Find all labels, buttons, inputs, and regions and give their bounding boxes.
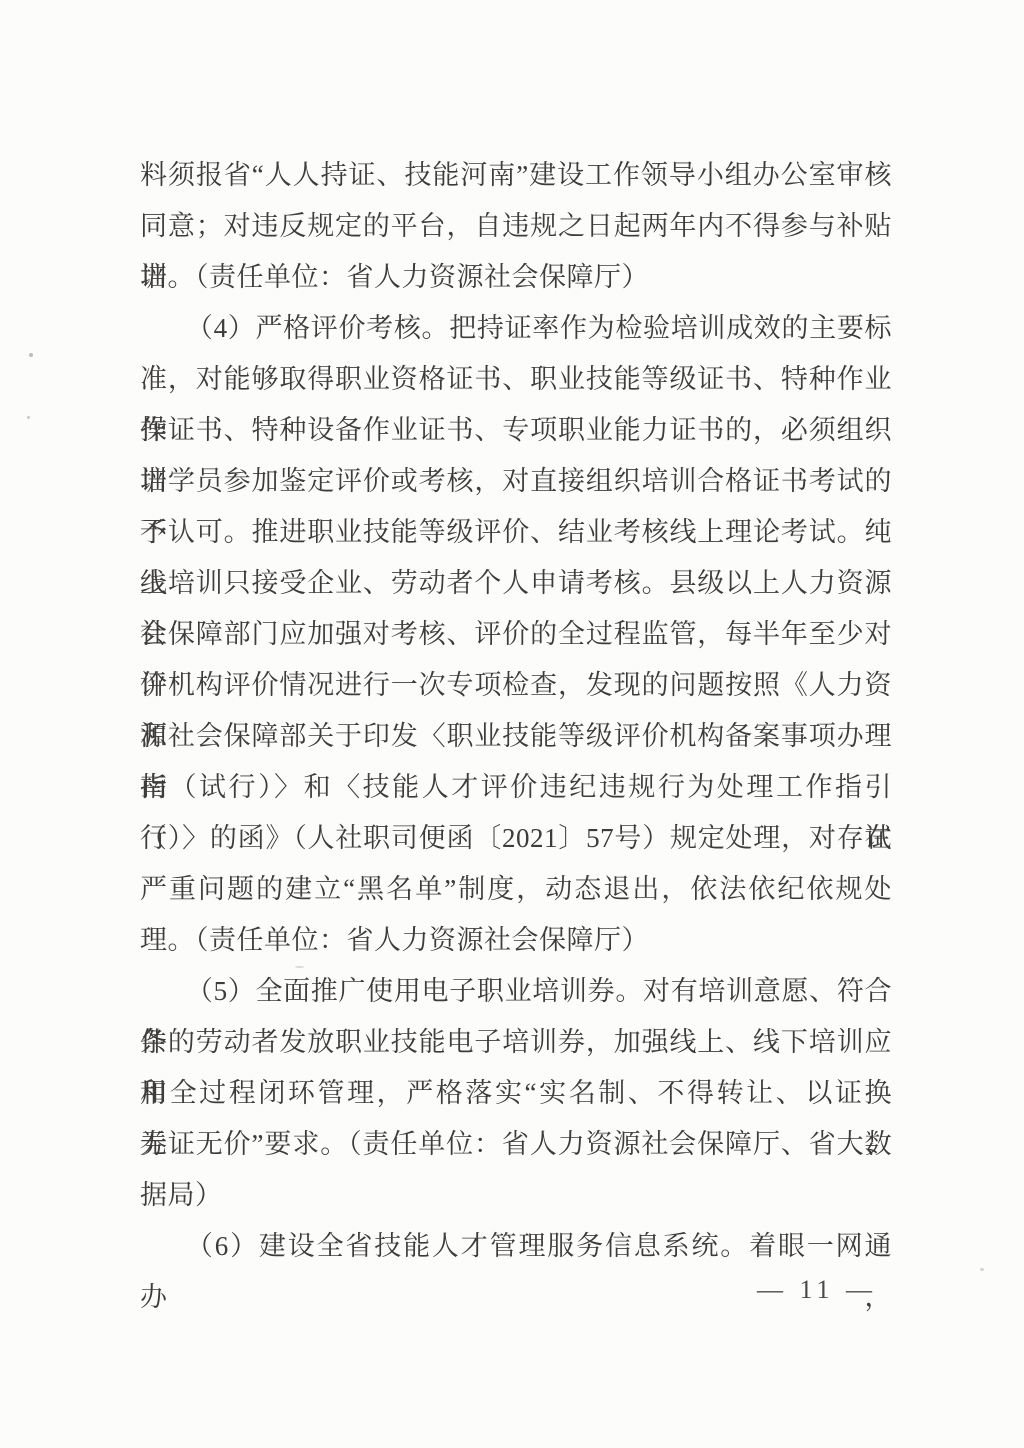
- scan-speck: [27, 416, 30, 419]
- text-line: 南（试行）〉和〈技能人才评价违纪违规行为处理工作指引（试: [140, 762, 892, 813]
- text-line: 件的劳动者发放职业技能电子培训券，加强线上、线下培训应用: [140, 1017, 892, 1068]
- text-line: 准，对能够取得职业资格证书、职业技能等级证书、特种作业操: [140, 354, 892, 405]
- text-line: 同意；对违反规定的平台，自违规之日起两年内不得参与补贴培: [140, 201, 892, 252]
- text-line: 会保障部门应加强对考核、评价的全过程监管，每半年至少对评: [140, 609, 892, 660]
- text-line: 价机构评价情况进行一次专项检查，发现的问题按照《人力资源: [140, 660, 892, 711]
- scan-speck: [295, 966, 304, 968]
- text-line: 料须报省“人人持证、技能河南”建设工作领导小组办公室审核: [140, 150, 892, 201]
- text-line: 作证书、特种设备作业证书、专项职业能力证书的，必须组织培: [140, 405, 892, 456]
- document-body: 料须报省“人人持证、技能河南”建设工作领导小组办公室审核 同意；对违反规定的平台…: [140, 150, 892, 1272]
- text-line-paragraph-start: （5）全面推广使用电子职业培训券。对有培训意愿、符合条: [140, 966, 892, 1017]
- text-line: 严重问题的建立“黑名单”制度，动态退出，依法依纪依规处: [140, 864, 892, 915]
- text-line: 理。（责任单位：省人力资源社会保障厅）: [140, 915, 892, 966]
- text-line: 训。（责任单位：省人力资源社会保障厅）: [140, 252, 892, 303]
- text-line-paragraph-start: （4）严格评价考核。把持证率作为检验培训成效的主要标: [140, 303, 892, 354]
- text-line: 无证无价”要求。（责任单位：省人力资源社会保障厅、省大数: [140, 1119, 892, 1170]
- text-line: 行）〉的函》（人社职司便函〔2021〕57号）规定处理，对存在: [140, 813, 892, 864]
- document-page: 料须报省“人人持证、技能河南”建设工作领导小组办公室审核 同意；对违反规定的平台…: [0, 0, 1024, 1448]
- text-line: 上培训只接受企业、劳动者个人申请考核。县级以上人力资源社: [140, 558, 892, 609]
- text-line-paragraph-start: （6）建设全省技能人才管理服务信息系统。着眼一网通办，: [140, 1221, 892, 1272]
- page-number: — 11 —: [757, 1274, 877, 1306]
- text-line: 和社会保障部关于印发〈职业技能等级评价机构备案事项办理指: [140, 711, 892, 762]
- scan-speck: [980, 1268, 984, 1271]
- text-line: 据局）: [140, 1170, 892, 1221]
- text-line: 训学员参加鉴定评价或考核，对直接组织培训合格证书考试的不: [140, 456, 892, 507]
- scan-speck: [29, 353, 33, 357]
- text-line: 和全过程闭环管理，严格落实“实名制、不得转让、以证换券、: [140, 1068, 892, 1119]
- text-line: 予认可。推进职业技能等级评价、结业考核线上理论考试。纯线: [140, 507, 892, 558]
